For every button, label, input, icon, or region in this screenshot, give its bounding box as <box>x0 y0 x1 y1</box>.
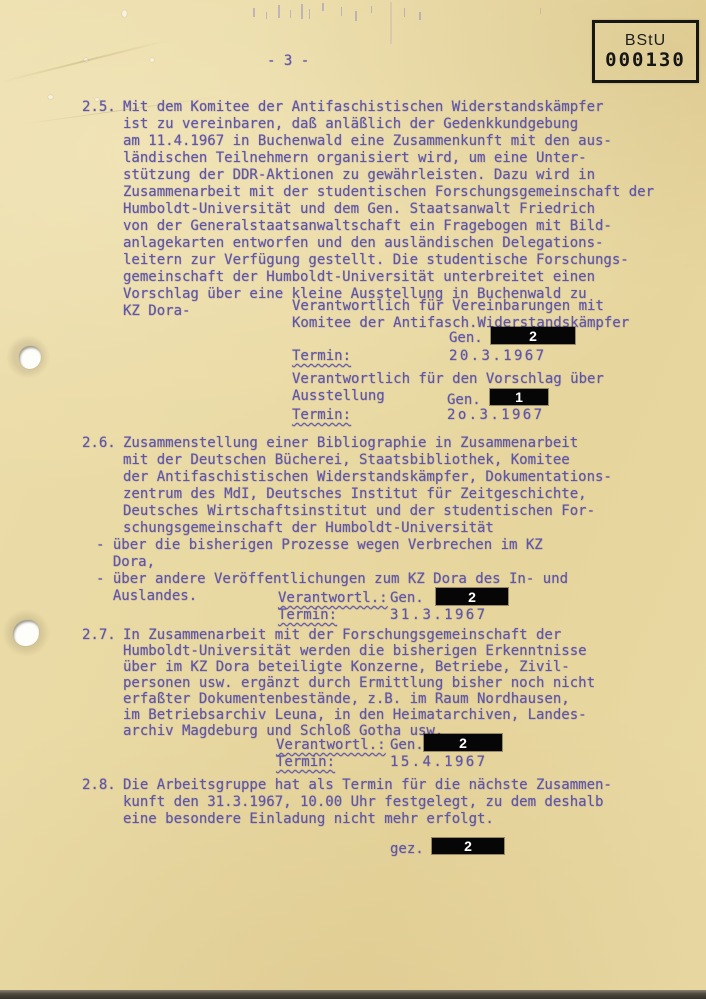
redaction-box-2: 1 <box>490 389 548 405</box>
section-2-5-label: 2.5. <box>82 99 116 116</box>
section-2-8-label: 2.8. <box>82 777 116 794</box>
section-2-6-label: 2.6. <box>82 435 116 452</box>
termin-label-2: Termin: <box>292 407 351 424</box>
scanned-document-page: BStU 000130 - 3 - 2.5. Mit dem Komitee d… <box>0 0 706 999</box>
section-2-5-body: Mit dem Komitee der Antifaschistischen W… <box>123 99 654 320</box>
termin-label-26: Termin: <box>278 607 337 624</box>
section-2-7-label: 2.7. <box>82 627 116 643</box>
verantwortl-label-26: Verantwortl.: <box>278 590 388 607</box>
punch-hole-top <box>19 346 41 369</box>
punch-hole-bottom <box>13 620 39 646</box>
bstu-stamp: BStU 000130 <box>592 20 699 83</box>
gen-label-27: Gen. <box>390 737 424 754</box>
stamp-org-label: BStU <box>625 33 666 49</box>
redaction-box-1: 2 <box>491 327 575 344</box>
section-2-8-body: Die Arbeitsgruppe hat als Termin für die… <box>123 777 612 828</box>
termin-value-26: 31.3.1967 <box>390 607 487 624</box>
gen-label-26: Gen. <box>390 590 424 607</box>
section-2-7-body: In Zusammenarbeit mit der Forschungsgeme… <box>123 627 595 739</box>
section-2-6-body: Zusammenstellung einer Bibliographie in … <box>123 435 612 537</box>
gen-label-1: Gen. <box>449 330 483 347</box>
redaction-box-signature: 2 <box>432 838 504 854</box>
scan-bottom-edge <box>0 990 706 999</box>
verantwortl-label-27: Verantwortl.: <box>276 737 386 754</box>
termin-label-27: Termin: <box>276 754 335 771</box>
termin-value-1: 20.3.1967 <box>449 348 546 365</box>
stamp-page-counter: 000130 <box>605 51 686 70</box>
termin-label-1: Termin: <box>292 348 351 365</box>
termin-value-27: 15.4.1967 <box>390 754 487 771</box>
termin-value-2: 2o.3.1967 <box>447 407 544 424</box>
responsibility-note-1: Verantwortlich für Vereinbarungen mit Ko… <box>292 298 629 332</box>
redaction-box-26: 2 <box>436 588 508 605</box>
gez-label: gez. <box>390 841 424 858</box>
page-number: - 3 - <box>267 53 309 70</box>
redaction-box-27: 2 <box>424 734 502 751</box>
